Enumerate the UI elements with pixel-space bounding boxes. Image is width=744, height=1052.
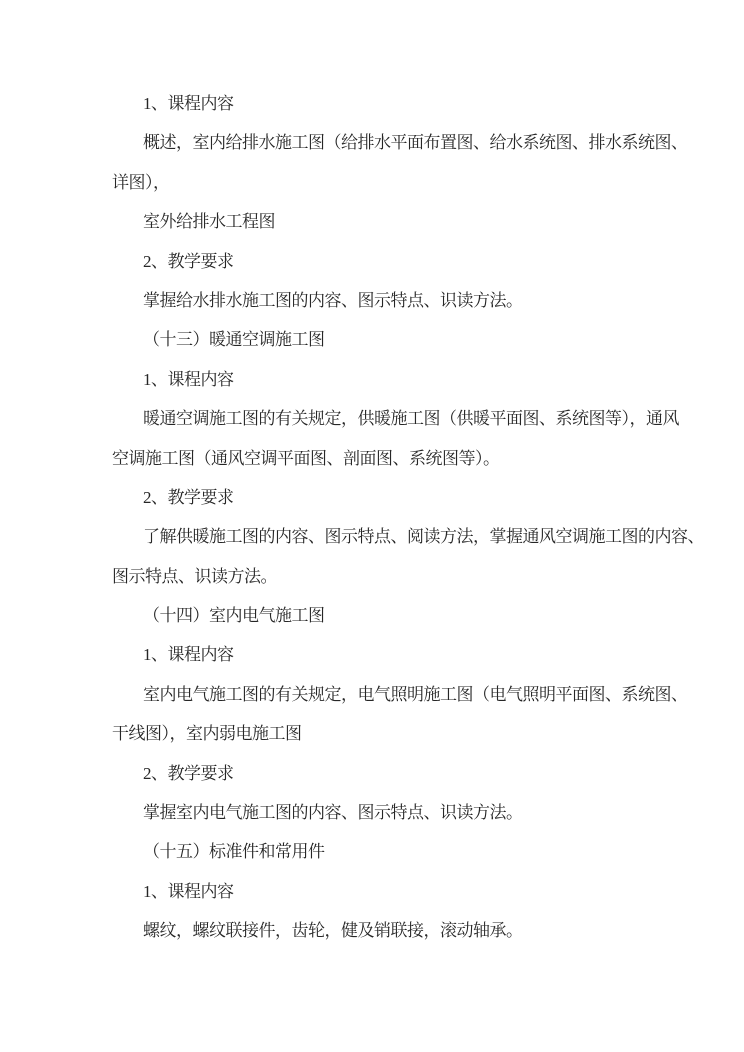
document-page: 1、课程内容 概述，室内给排水施工图（给排水平面布置图、给水系统图、排水系统图、… xyxy=(0,0,744,1052)
text-line: 暖通空调施工图的有关规定，供暖施工图（供暖平面图、系统图等），通风 xyxy=(112,399,652,438)
text-line: 2、教学要求 xyxy=(112,478,652,517)
text-line: 掌握给水排水施工图的内容、图示特点、识读方法。 xyxy=(112,281,652,320)
text-line: 了解供暖施工图的内容、图示特点、阅读方法，掌握通风空调施工图的内容、 xyxy=(112,517,652,556)
text-line: 空调施工图（通风空调平面图、剖面图、系统图等）。 xyxy=(112,439,652,478)
text-line: （十四）室内电气施工图 xyxy=(112,596,652,635)
text-line: 掌握室内电气施工图的内容、图示特点、识读方法。 xyxy=(112,793,652,832)
text-line: 图示特点、识读方法。 xyxy=(112,557,652,596)
text-line: 室外给排水工程图 xyxy=(112,202,652,241)
text-line: 1、课程内容 xyxy=(112,872,652,911)
text-line: 2、教学要求 xyxy=(112,242,652,281)
text-line: 螺纹，螺纹联接件，齿轮，健及销联接，滚动轴承。 xyxy=(112,911,652,950)
text-line: 概述，室内给排水施工图（给排水平面布置图、给水系统图、排水系统图、 xyxy=(112,123,652,162)
document-body: 1、课程内容 概述，室内给排水施工图（给排水平面布置图、给水系统图、排水系统图、… xyxy=(112,84,652,951)
text-line: （十三）暖通空调施工图 xyxy=(112,320,652,359)
text-line: 1、课程内容 xyxy=(112,635,652,674)
text-line: 干线图），室内弱电施工图 xyxy=(112,714,652,753)
text-line: 室内电气施工图的有关规定，电气照明施工图（电气照明平面图、系统图、 xyxy=(112,675,652,714)
text-line: 1、课程内容 xyxy=(112,84,652,123)
text-line: 详图）， xyxy=(112,163,652,202)
text-line: 2、教学要求 xyxy=(112,754,652,793)
text-line: （十五）标准件和常用件 xyxy=(112,832,652,871)
text-line: 1、课程内容 xyxy=(112,360,652,399)
